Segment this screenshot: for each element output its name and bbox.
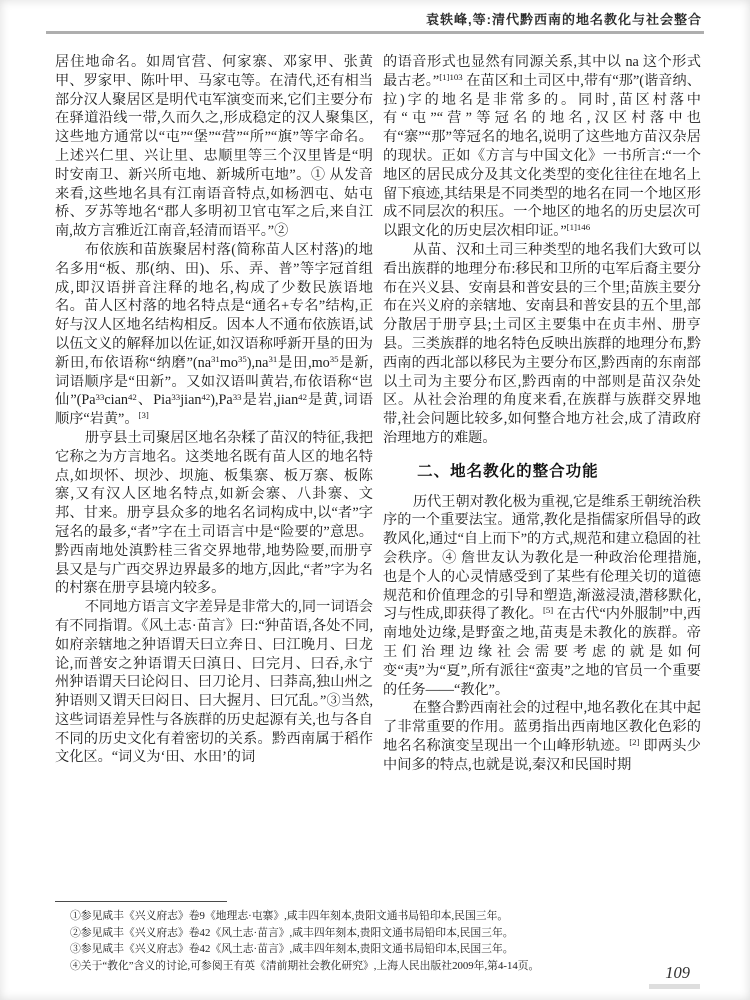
text-run: jian [180, 392, 201, 408]
right-column: 的语音形式也显然有同源关系,其中以 na 这个形式最古老。”[1]103 在苗区… [383, 53, 701, 774]
header-rule [46, 31, 704, 34]
paragraph: 册亨县土司聚居区地名杂糅了苗汉的特征,我把它称之为方言地名。这类地名既有苗人区的… [55, 429, 373, 598]
footnote: ④关于“教化”含义的讨论,可参阅王有英《清前期社会教化研究》,上海人民出版社20… [70, 958, 702, 975]
running-title: 袁轶峰,等:清代黔西南的地名教化与社会整合 [426, 12, 702, 27]
footnote: ②参见咸丰《兴义府志》卷42《风土志·苗言》,咸丰四年刻本,贵阳文通书局铅印本,… [70, 925, 702, 942]
footnotes: ①参见咸丰《兴义府志》卷9《地理志·屯寨》,咸丰四年刻本,贵阳文通书局铅印本,民… [70, 908, 702, 974]
superscript-citation: 31 [211, 354, 220, 364]
paragraph: 的语音形式也显然有同源关系,其中以 na 这个形式最古老。”[1]103 在苗区… [383, 53, 701, 241]
paragraph: 布依族和苗族聚居村落(简称苗人区村落)的地名多用“板、那(纳、田)、乐、弄、普”… [55, 241, 373, 429]
superscript-citation: [1]103 [439, 72, 462, 82]
text-run: 是岩,jian [242, 392, 299, 408]
page-number: 109 [649, 963, 700, 989]
text-run: cian [104, 392, 128, 408]
superscript-citation: [1]146 [567, 222, 590, 232]
superscript-citation: 42 [298, 392, 307, 402]
footnote-separator [55, 901, 227, 902]
text-run: 历代王朝对教化极为重视,它是维系王朝统治秩序的一个重要法宝。通常,教化是指儒家所… [383, 494, 701, 623]
section-heading: 二、地名教化的整合功能 [383, 463, 701, 482]
superscript-citation: 42 [128, 392, 137, 402]
superscript-citation: [3] [139, 410, 149, 420]
superscript-citation: 33 [171, 392, 180, 402]
paragraph: 居住地命名。如周官营、何家寨、邓家甲、张黄甲、罗家甲、陈叶甲、马家屯等。在清代,… [55, 53, 373, 241]
text-run: 二、地名教化的整合功能 [417, 463, 599, 480]
two-column-text-area: 居住地命名。如周官营、何家寨、邓家甲、张黄甲、罗家甲、陈叶甲、马家屯等。在清代,… [55, 53, 701, 774]
text-run: ),Pa [210, 392, 232, 408]
paper-page: 袁轶峰,等:清代黔西南的地名教化与社会整合 居住地命名。如周官营、何家寨、邓家甲… [0, 0, 750, 1000]
left-column: 居住地命名。如周官营、何家寨、邓家甲、张黄甲、罗家甲、陈叶甲、马家屯等。在清代,… [55, 53, 373, 774]
text-run: 布依族和苗族聚居村落(简称苗人区村落)的地名多用“板、那(纳、田)、乐、弄、普”… [55, 242, 373, 371]
text-run: 在苗区和土司区中,带有“那”(谐音纳、拉)字的地名是非常多的。同时,苗区村落中有… [383, 73, 701, 239]
text-run: ),na [247, 355, 269, 371]
paragraph: 在整合黔西南社会的过程中,地名教化在其中起了非常重要的作用。蓝勇指出西南地区教化… [383, 699, 701, 774]
superscript-citation: [2] [629, 737, 639, 747]
text-run: 是田,mo [277, 355, 330, 371]
superscript-citation: [5] [543, 605, 553, 615]
superscript-citation: 35 [238, 354, 247, 364]
superscript-citation: 35 [330, 354, 339, 364]
paragraph: 不同地方语言文字差异是非常大的,同一词语会有不同指谓。《风土志·苗言》曰:“狆苗… [55, 598, 373, 767]
text-run: mo [220, 355, 238, 371]
footnote: ③参见咸丰《兴义府志》卷42《风土志·苗言》,咸丰四年刻本,贵阳文通书局铅印本,… [70, 941, 702, 958]
footnote: ①参见咸丰《兴义府志》卷9《地理志·屯寨》,咸丰四年刻本,贵阳文通书局铅印本,民… [70, 908, 702, 925]
running-header: 袁轶峰,等:清代黔西南的地名教化与社会整合 [426, 9, 702, 28]
text-run: 、Pia [137, 392, 172, 408]
superscript-citation: 42 [201, 392, 210, 402]
text-run: 不同地方语言文字差异是非常大的,同一词语会有不同指谓。《风土志·苗言》曰:“狆苗… [55, 599, 373, 765]
paragraph: 从苗、汉和土司三种类型的地名我们大致可以看出族群的地理分布:移民和卫所的屯军后裔… [383, 241, 701, 448]
text-run: 从苗、汉和土司三种类型的地名我们大致可以看出族群的地理分布:移民和卫所的屯军后裔… [383, 242, 701, 446]
superscript-citation: 31 [268, 354, 277, 364]
text-run: 居住地命名。如周官营、何家寨、邓家甲、张黄甲、罗家甲、陈叶甲、马家屯等。在清代,… [55, 54, 373, 239]
text-run: 册亨县土司聚居区地名杂糅了苗汉的特征,我把它称之为方言地名。这类地名既有苗人区的… [55, 430, 373, 596]
superscript-citation: 33 [96, 392, 105, 402]
paragraph: 历代王朝对教化极为重视,它是维系王朝统治秩序的一个重要法宝。通常,教化是指儒家所… [383, 493, 701, 700]
superscript-citation: 33 [233, 392, 242, 402]
